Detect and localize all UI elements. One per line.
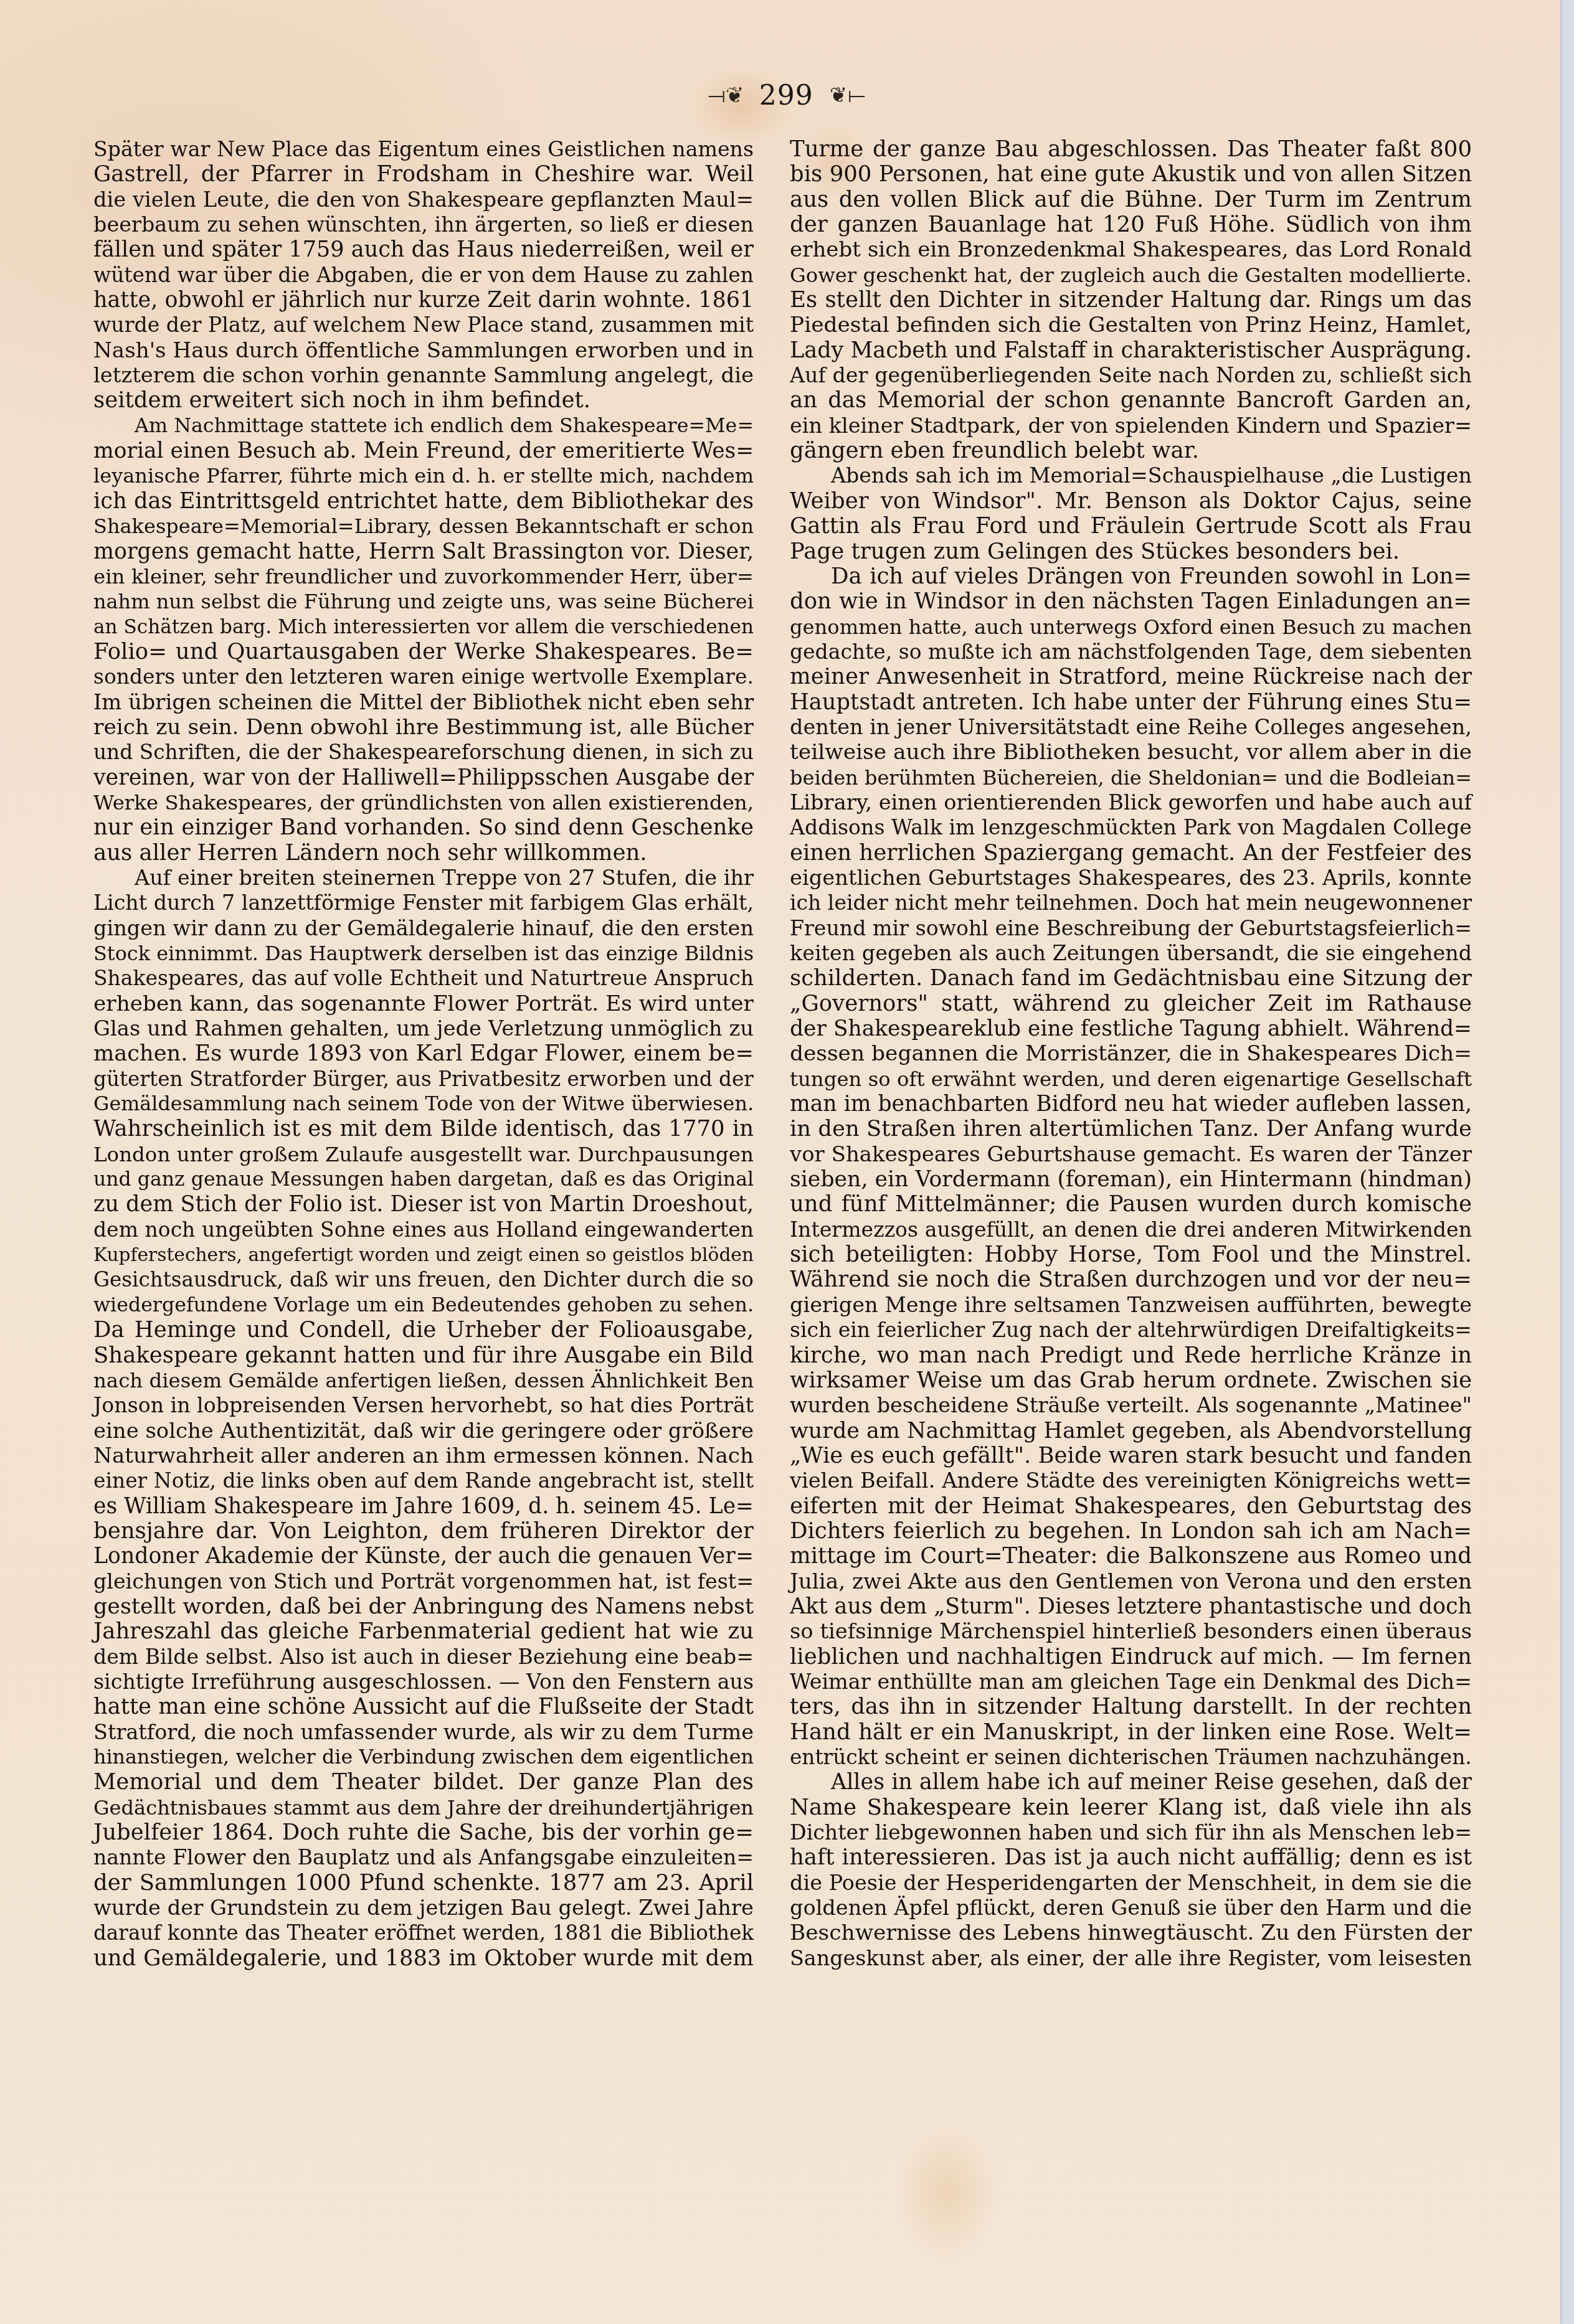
text-line: wurde der Platz, auf welchem New Place s… bbox=[93, 313, 754, 338]
text-line: Gower geschenkt hat, der zugleich auch d… bbox=[790, 263, 1472, 288]
text-line: denten in jener Universitätstadt eine Re… bbox=[790, 715, 1472, 740]
text-line: aus aller Herren Ländern noch sehr willk… bbox=[93, 841, 754, 866]
text-line: die vielen Leute, die den von Shakespear… bbox=[93, 187, 754, 212]
text-line: lieblichen und nachhaltigen Eindruck auf… bbox=[790, 1645, 1472, 1670]
ornament-right-icon: ❦⟝ bbox=[830, 83, 866, 108]
text-line: leyanische Pfarrer, führte mich ein d. h… bbox=[93, 463, 754, 488]
text-line: Werke Shakespeares, der gründlichsten vo… bbox=[93, 790, 754, 815]
text-line: genommen hatte, auch unterwegs Oxford ei… bbox=[790, 615, 1472, 640]
text-line: Library, einen orientierenden Blick gewo… bbox=[790, 790, 1472, 815]
text-line: vor Shakespeares Geburtshause gemacht. E… bbox=[790, 1142, 1472, 1167]
paragraph: Abends sah ich im Memorial=Schauspielhau… bbox=[790, 463, 1472, 564]
text-line: don wie in Windsor in den nächsten Tagen… bbox=[790, 589, 1472, 614]
text-line: ich leider nicht mehr teilnehmen. Doch h… bbox=[790, 890, 1472, 915]
text-line: Am Nachmittage stattete ich endlich dem … bbox=[93, 413, 754, 438]
text-line: Shakespeare gekannt hatten und für ihre … bbox=[93, 1343, 754, 1368]
text-line: Naturwahrheit aller anderen an ihm ermes… bbox=[93, 1443, 754, 1468]
text-line: Shakespeare=Memorial=Library, dessen Bek… bbox=[93, 514, 754, 539]
text-line: sieben, ein Vordermann (foreman), ein Hi… bbox=[790, 1167, 1472, 1192]
text-line: nahm nun selbst die Führung und zeigte u… bbox=[93, 589, 754, 614]
text-line: gedachte, so mußte ich am nächstfolgende… bbox=[790, 640, 1472, 664]
text-line: Da Heminge und Condell, die Urheber der … bbox=[93, 1318, 754, 1343]
text-line: Gedächtnisbaues stammt aus dem Jahre der… bbox=[93, 1795, 754, 1820]
text-line: der Sammlungen 1000 Pfund schenkte. 1877… bbox=[93, 1871, 754, 1896]
text-line: es William Shakespeare im Jahre 1609, d.… bbox=[93, 1494, 754, 1519]
text-line: seitdem erweitert sich noch in ihm befin… bbox=[93, 388, 754, 413]
page-number: 299 bbox=[759, 80, 813, 111]
text-line: Es stellt den Dichter in sitzender Haltu… bbox=[790, 288, 1472, 313]
text-line: Sangeskunst aber, als einer, der alle ih… bbox=[790, 1946, 1472, 1971]
text-line: hatte, obwohl er jährlich nur kurze Zeit… bbox=[93, 288, 754, 313]
text-line: sich ein feierlicher Zug nach der altehr… bbox=[790, 1318, 1472, 1343]
text-line: Weiber von Windsor". Mr. Benson als Dokt… bbox=[790, 489, 1472, 514]
text-line: dem Bilde selbst. Also ist auch in diese… bbox=[93, 1645, 754, 1670]
text-line: beerbaum zu sehen wünschten, ihn ärgerte… bbox=[93, 212, 754, 237]
text-line: Während sie noch die Straßen durchzogen … bbox=[790, 1267, 1472, 1292]
text-line: Addisons Walk im lenzgeschmückten Park v… bbox=[790, 815, 1472, 840]
text-line: Freund mir sowohl eine Beschreibung der … bbox=[790, 916, 1472, 941]
text-line: Stratford, die noch umfassender wurde, a… bbox=[93, 1720, 754, 1745]
text-line: an Schätzen barg. Mich interessierten vo… bbox=[93, 615, 754, 640]
text-line: Kupferstechers, angefertigt worden und z… bbox=[93, 1242, 754, 1267]
text-line: ein kleiner, sehr freundlicher und zuvor… bbox=[93, 564, 754, 589]
text-line: Gesichtsausdruck, daß wir uns freuen, de… bbox=[93, 1267, 754, 1292]
paragraph: Alles in allem habe ich auf meiner Reise… bbox=[790, 1770, 1472, 1971]
text-line: gingen wir dann zu der Gemäldegalerie hi… bbox=[93, 916, 754, 941]
text-line: Londoner Akademie der Künste, der auch d… bbox=[93, 1544, 754, 1569]
text-line: kirche, wo man nach Predigt und Rede her… bbox=[790, 1343, 1472, 1368]
text-line: eigentlichen Geburtstages Shakespeares, … bbox=[790, 866, 1472, 890]
text-line: in den Straßen ihren altertümlichen Tanz… bbox=[790, 1117, 1472, 1141]
left-column: Später war New Place das Eigentum eines … bbox=[93, 137, 754, 1971]
text-line: an das Memorial der schon genannte Bancr… bbox=[790, 388, 1472, 413]
text-line: Da ich auf vieles Drängen von Freunden s… bbox=[790, 564, 1472, 589]
text-line: Jubelfeier 1864. Doch ruhte die Sache, b… bbox=[93, 1820, 754, 1845]
text-line: Alles in allem habe ich auf meiner Reise… bbox=[790, 1770, 1472, 1795]
text-line: sichtigte Irreführung ausgeschlossen. — … bbox=[93, 1670, 754, 1694]
text-line: gängern eben freundlich belebt war. bbox=[790, 438, 1472, 463]
text-line: man im benachbarten Bidford neu hat wied… bbox=[790, 1092, 1472, 1117]
paragraph: Später war New Place das Eigentum eines … bbox=[93, 137, 754, 413]
text-line: gierigen Menge ihre seltsamen Tanzweisen… bbox=[790, 1293, 1472, 1318]
text-line: Lady Macbeth und Falstaff in charakteris… bbox=[790, 338, 1472, 363]
text-line: Auf einer breiten steinernen Treppe von … bbox=[93, 866, 754, 890]
text-line: ters, das ihn in sitzender Haltung darst… bbox=[790, 1694, 1472, 1719]
text-line: Stock einnimmt. Das Hauptwerk derselben … bbox=[93, 941, 754, 966]
text-line: Abends sah ich im Memorial=Schauspielhau… bbox=[790, 463, 1472, 488]
text-line: der Shakespeareklub eine festliche Tagun… bbox=[790, 1016, 1472, 1041]
text-line: tungen so oft erwähnt werden, und deren … bbox=[790, 1067, 1472, 1092]
text-line: haft interessieren. Das ist ja auch nich… bbox=[790, 1845, 1472, 1870]
text-line: ein kleiner Stadtpark, der von spielende… bbox=[790, 413, 1472, 438]
text-line: wiedergefundene Vorlage um ein Bedeutend… bbox=[93, 1293, 754, 1318]
text-line: reich zu sein. Denn obwohl ihre Bestimmu… bbox=[93, 715, 754, 740]
paragraph: Da ich auf vieles Drängen von Freunden s… bbox=[790, 564, 1472, 1770]
text-line: „Wie es euch gefällt". Beide waren stark… bbox=[790, 1443, 1472, 1468]
text-line: bensjahre dar. Von Leighton, dem frühere… bbox=[93, 1519, 754, 1544]
text-line: Intermezzos ausgefüllt, an denen die dre… bbox=[790, 1217, 1472, 1242]
text-line: meiner Anwesenheit in Stratford, meine R… bbox=[790, 664, 1472, 689]
text-line: morial einen Besuch ab. Mein Freund, der… bbox=[93, 438, 754, 463]
text-line: nach diesem Gemälde anfertigen ließen, d… bbox=[93, 1368, 754, 1393]
text-line: Turme der ganze Bau abgeschlossen. Das T… bbox=[790, 137, 1472, 162]
text-line: Jahreszahl das gleiche Farbenmaterial ge… bbox=[93, 1619, 754, 1644]
text-line: dessen begannen die Morristänzer, die in… bbox=[790, 1041, 1472, 1066]
text-line: wirksamer Weise um das Grab herum ordnet… bbox=[790, 1368, 1472, 1393]
text-line: sonders unter den letzteren waren einige… bbox=[93, 664, 754, 689]
text-line: Gemäldesammlung nach seinem Tode von der… bbox=[93, 1092, 754, 1117]
text-line: Im übrigen scheinen die Mittel der Bibli… bbox=[93, 690, 754, 715]
ornament-left-icon: ⟞❦ bbox=[708, 83, 743, 108]
text-line: morgens gemacht hatte, Herrn Salt Brassi… bbox=[93, 539, 754, 564]
text-line: Beschwernisse des Lebens hinwegtäuscht. … bbox=[790, 1920, 1472, 1945]
text-line: Weimar enthüllte man am gleichen Tage ei… bbox=[790, 1670, 1472, 1694]
text-line: aus den vollen Blick auf die Bühne. Der … bbox=[790, 187, 1472, 212]
text-line: Jonson in lobpreisenden Versen hervorheb… bbox=[93, 1393, 754, 1418]
text-line: hinanstiegen, welcher die Verbindung zwi… bbox=[93, 1745, 754, 1770]
text-line: keiten gegeben als auch Zeitungen übersa… bbox=[790, 941, 1472, 966]
text-line: einer Notiz, die links oben auf dem Rand… bbox=[93, 1468, 754, 1493]
text-line: bis 900 Personen, hat eine gute Akustik … bbox=[790, 162, 1472, 187]
paragraph: Am Nachmittage stattete ich endlich dem … bbox=[93, 413, 754, 866]
text-line: einen herrlichen Spaziergang gemacht. An… bbox=[790, 841, 1472, 866]
text-line: so tiefsinnige Märchenspiel hinterließ b… bbox=[790, 1619, 1472, 1644]
text-line: fällen und später 1759 auch das Haus nie… bbox=[93, 237, 754, 262]
text-line: erhebt sich ein Bronzedenkmal Shakespear… bbox=[790, 237, 1472, 262]
text-line: und Schriften, die der Shakespeareforsch… bbox=[93, 740, 754, 765]
text-line: Nash's Haus durch öffentliche Sammlungen… bbox=[93, 338, 754, 363]
right-column: Turme der ganze Bau abgeschlossen. Das T… bbox=[790, 137, 1472, 1971]
text-line: der ganzen Bauanlage hat 120 Fuß Höhe. S… bbox=[790, 212, 1472, 237]
text-line: Gattin als Frau Ford und Fräulein Gertru… bbox=[790, 514, 1472, 539]
text-line: wurden bescheidene Sträuße verteilt. Als… bbox=[790, 1393, 1472, 1418]
text-line: Hand hält er ein Manuskript, in der link… bbox=[790, 1720, 1472, 1745]
text-line: zu dem Stich der Folio ist. Dieser ist v… bbox=[93, 1192, 754, 1217]
text-line: entrückt scheint er seinen dichterischen… bbox=[790, 1745, 1472, 1770]
text-line: dem noch ungeübten Sohne eines aus Holla… bbox=[93, 1217, 754, 1242]
text-line: vereinen, war von der Halliwell=Philipps… bbox=[93, 765, 754, 790]
text-line: mittage im Court=Theater: die Balkonszen… bbox=[790, 1544, 1472, 1569]
text-line: Folio= und Quartausgaben der Werke Shake… bbox=[93, 640, 754, 664]
text-line: und ganz genaue Messungen haben dargetan… bbox=[93, 1167, 754, 1192]
text-line: wurde am Nachmittag Hamlet gegeben, als … bbox=[790, 1419, 1472, 1443]
paragraph: Turme der ganze Bau abgeschlossen. Das T… bbox=[790, 137, 1472, 463]
text-line: Julia, zwei Akte aus den Gentlemen von V… bbox=[790, 1569, 1472, 1594]
text-line: wurde der Grundstein zu dem jetzigen Bau… bbox=[93, 1896, 754, 1920]
text-line: Page trugen zum Gelingen des Stückes bes… bbox=[790, 539, 1472, 564]
text-line: teilweise auch ihre Bibliotheken besucht… bbox=[790, 740, 1472, 765]
text-line: ich das Eintrittsgeld entrichtet hatte, … bbox=[93, 489, 754, 514]
book-page: ⟞❦299❦⟝ Später war New Place das Eigentu… bbox=[0, 0, 1560, 2324]
text-line: „Governors" statt, während zu gleicher Z… bbox=[790, 991, 1472, 1016]
text-line: wütend war über die Abgaben, die er von … bbox=[93, 263, 754, 288]
text-line: Licht durch 7 lanzettförmige Fenster mit… bbox=[93, 890, 754, 915]
text-line: sich beteiligten: Hobby Horse, Tom Fool … bbox=[790, 1242, 1472, 1267]
text-line: Memorial und dem Theater bildet. Der gan… bbox=[93, 1770, 754, 1795]
text-line: Gastrell, der Pfarrer in Frodsham in Che… bbox=[93, 162, 754, 187]
text-line: eine solche Authentizität, daß wir die g… bbox=[93, 1419, 754, 1443]
text-line: erheben kann, das sogenannte Flower Port… bbox=[93, 991, 754, 1016]
paragraph: Auf einer breiten steinernen Treppe von … bbox=[93, 866, 754, 1971]
text-line: nannte Flower den Bauplatz und als Anfan… bbox=[93, 1845, 754, 1870]
text-line: letzterem die schon vorhin genannte Samm… bbox=[93, 363, 754, 388]
text-line: Piedestal befinden sich die Gestalten vo… bbox=[790, 313, 1472, 338]
text-line: vielen Beifall. Andere Städte des verein… bbox=[790, 1468, 1472, 1493]
text-line: hatte man eine schöne Aussicht auf die F… bbox=[93, 1694, 754, 1719]
text-line: gestellt worden, daß bei der Anbringung … bbox=[93, 1594, 754, 1619]
text-line: beiden berühmten Büchereien, die Sheldon… bbox=[790, 765, 1472, 790]
text-line: die Poesie der Hesperidengarten der Mens… bbox=[790, 1871, 1472, 1896]
text-line: Hauptstadt antreten. Ich habe unter der … bbox=[790, 690, 1472, 715]
text-line: Wahrscheinlich ist es mit dem Bilde iden… bbox=[93, 1117, 754, 1141]
text-line: eiferten mit der Heimat Shakespeares, de… bbox=[790, 1494, 1472, 1519]
text-line: Shakespeares, das auf volle Echtheit und… bbox=[93, 966, 754, 991]
page-header: ⟞❦299❦⟝ bbox=[0, 80, 1574, 111]
text-line: Später war New Place das Eigentum eines … bbox=[93, 137, 754, 162]
text-line: nur ein einziger Band vorhanden. So sind… bbox=[93, 815, 754, 840]
text-line: und fünf Mittelmänner; die Pausen wurden… bbox=[790, 1192, 1472, 1217]
text-line: machen. Es wurde 1893 von Karl Edgar Flo… bbox=[93, 1041, 754, 1066]
text-line: Akt aus dem „Sturm". Dieses letztere pha… bbox=[790, 1594, 1472, 1619]
text-line: darauf konnte das Theater eröffnet werde… bbox=[93, 1920, 754, 1945]
text-line: Glas und Rahmen gehalten, um jede Verlet… bbox=[93, 1016, 754, 1041]
text-line: Name Shakespeare kein leerer Klang ist, … bbox=[790, 1795, 1472, 1820]
text-line: goldenen Äpfel pflückt, deren Genuß sie … bbox=[790, 1896, 1472, 1920]
text-line: Auf der gegenüberliegenden Seite nach No… bbox=[790, 363, 1472, 388]
text-line: gleichungen von Stich und Porträt vorgen… bbox=[93, 1569, 754, 1594]
text-line: Dichter liebgewonnen haben und sich für … bbox=[790, 1820, 1472, 1845]
text-line: schilderten. Danach fand im Gedächtnisba… bbox=[790, 966, 1472, 991]
text-line: güterten Stratforder Bürger, aus Privatb… bbox=[93, 1067, 754, 1092]
text-line: und Gemäldegalerie, und 1883 im Oktober … bbox=[93, 1946, 754, 1971]
text-line: London unter großem Zulaufe ausgestellt … bbox=[93, 1142, 754, 1167]
text-line: Dichters feierlich zu begehen. In London… bbox=[790, 1519, 1472, 1544]
